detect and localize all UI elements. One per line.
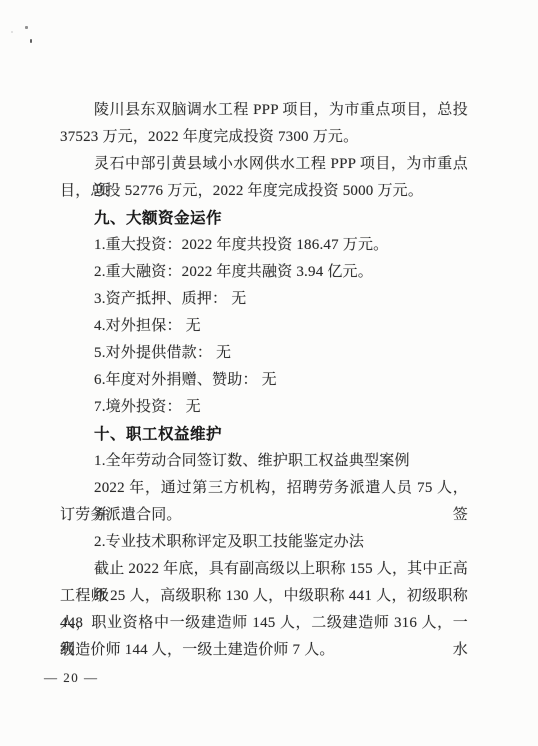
list-item: 4.对外担保： 无	[60, 313, 468, 340]
list-item: 2.专业技术职称评定及职工技能鉴定办法	[60, 529, 468, 556]
paragraph-line: 陵川县东双脑调水工程 PPP 项目，为市重点项目，总投	[60, 97, 468, 124]
paragraph-line: 工程师 25 人，高级职称 130 人，中级职称 441 人，初级职称 448	[60, 583, 468, 610]
scan-speck	[25, 26, 28, 29]
scan-speck	[11, 31, 13, 33]
list-item: 1.重大投资：2022 年度共投资 186.47 万元。	[60, 232, 468, 259]
paragraph-line: 灵石中部引黄县域小水网供水工程 PPP 项目，为市重点项	[60, 151, 468, 178]
list-item: 6.年度对外捐赠、赞助： 无	[60, 367, 468, 394]
paragraph-line: 目，总投 52776 万元，2022 年度完成投资 5000 万元。	[60, 178, 468, 205]
scan-speck	[30, 39, 32, 43]
list-item: 3.资产抵押、质押： 无	[60, 286, 468, 313]
section-heading-10: 十、职工权益维护	[60, 421, 468, 448]
paragraph-line: 2022 年，通过第三方机构，招聘劳务派遣人员 75 人，并签	[60, 475, 468, 502]
paragraph-line: 截止 2022 年底，具有副高级以上职称 155 人，其中正高级	[60, 556, 468, 583]
list-item: 1.全年劳动合同签订数、维护职工权益典型案例	[60, 448, 468, 475]
list-item: 2.重大融资：2022 年度共融资 3.94 亿元。	[60, 259, 468, 286]
document-text: 陵川县东双脑调水工程 PPP 项目，为市重点项目，总投 37523 万元，202…	[60, 97, 468, 691]
list-item: 5.对外提供借款： 无	[60, 340, 468, 367]
section-heading-9: 九、大额资金运作	[60, 205, 468, 232]
document-page: 陵川县东双脑调水工程 PPP 项目，为市重点项目，总投 37523 万元，202…	[0, 0, 538, 746]
page-number: — 20 —	[44, 664, 468, 691]
list-item: 7.境外投资： 无	[60, 394, 468, 421]
paragraph-line: 人，职业资格中一级建造师 145 人，二级建造师 316 人，一级水	[60, 610, 468, 637]
paragraph-line: 37523 万元，2022 年度完成投资 7300 万元。	[60, 124, 468, 151]
